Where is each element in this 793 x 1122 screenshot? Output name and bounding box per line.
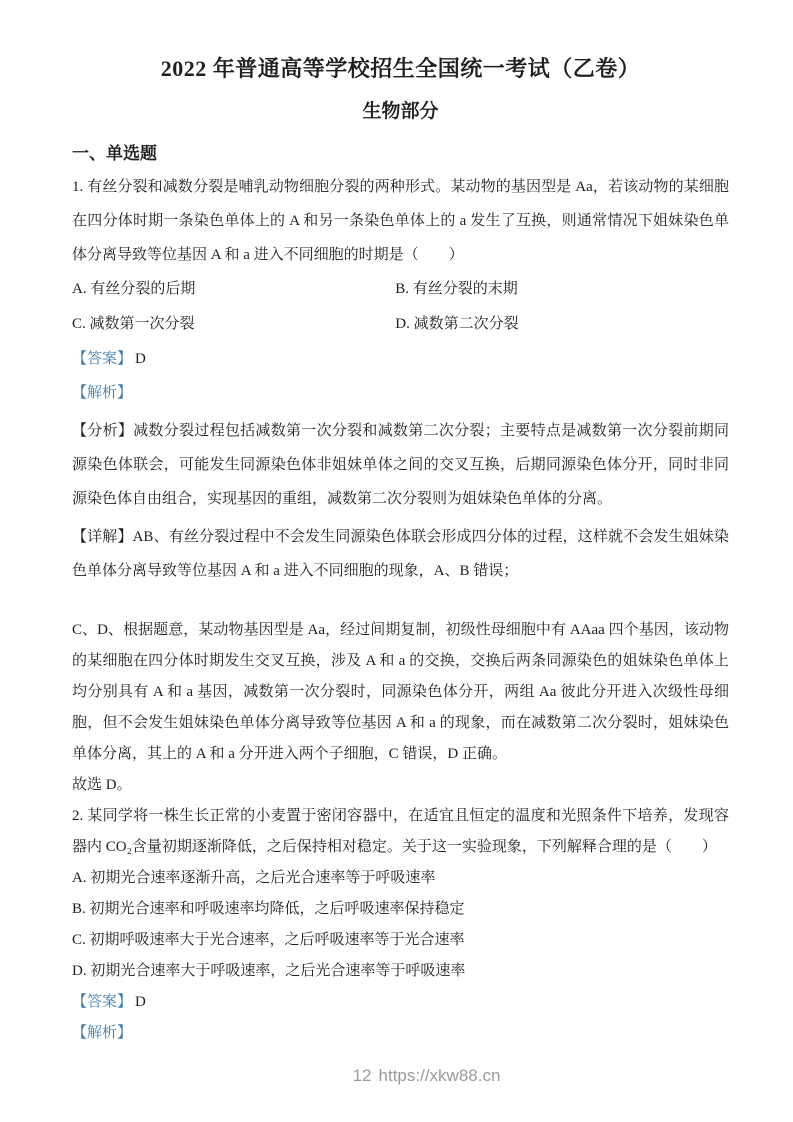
question-block-2: 2. 某同学将一株生长正常的小麦置于密闭容器中，在适宜且恒定的温度和光照条件下培… [72,801,729,1049]
answer-marker: 【答案】 [72,994,132,1010]
answer-value: D [135,994,146,1010]
page-footer: 12https://xkw88.cn [30,1066,793,1086]
option-d: D. 减数第二次分裂 [395,307,729,342]
option-d: D. 初期光合速率大于呼吸速率，之后光合速率等于呼吸速率 [72,956,729,987]
question-2-options: A. 初期光合速率逐渐升高，之后光合速率等于呼吸速率 B. 初期光合速率和呼吸速… [72,863,729,987]
footer-site-url: https://xkw88.cn [379,1066,501,1086]
option-b: B. 有丝分裂的末期 [395,272,729,307]
page-subtitle: 生物部分 [72,98,729,126]
option-c: C. 减数第一次分裂 [72,307,395,342]
detail-paragraph-2: C、D、根据题意，某动物基因型是 Aa，经过间期复制，初级性母细胞中有 AAaa… [72,615,729,770]
analysis-marker: 【解析】 [72,385,132,401]
conclusion-line: 故选 D。 [72,770,729,801]
answer-value: D [135,351,146,367]
question-2-stem: 2. 某同学将一株生长正常的小麦置于密闭容器中，在适宜且恒定的温度和光照条件下培… [72,801,729,863]
answer-line: 【答案】D [72,987,729,1018]
question-1-options: A. 有丝分裂的后期 B. 有丝分裂的末期 C. 减数第一次分裂 D. 减数第二… [72,272,729,342]
document-page: 2022 年普通高等学校招生全国统一考试（乙卷） 生物部分 一、单选题 1. 有… [0,0,793,1122]
question-block-1: 1. 有丝分裂和减数分裂是哺乳动物细胞分裂的两种形式。某动物的基因型是 Aa，若… [72,170,729,801]
detail-paragraph-1: 【详解】AB、有丝分裂过程中不会发生同源染色体联会形成四分体的过程，这样就不会发… [72,520,729,588]
option-a: A. 初期光合速率逐渐升高，之后光合速率等于呼吸速率 [72,863,729,894]
analysis-paragraph: 【分析】减数分裂过程包括减数第一次分裂和减数第二次分裂；主要特点是减数第一次分裂… [72,414,729,516]
option-c: C. 初期呼吸速率大于光合速率，之后呼吸速率等于光合速率 [72,925,729,956]
option-b: B. 初期光合速率和呼吸速率均降低，之后呼吸速率保持稳定 [72,894,729,925]
analysis-marker: 【解析】 [72,1025,132,1041]
answer-marker: 【答案】 [72,351,132,367]
footer-page-number: 12 [353,1066,372,1086]
analysis-marker-line: 【解析】 [72,376,729,410]
analysis-marker-line: 【解析】 [72,1018,729,1049]
question-1-stem: 1. 有丝分裂和减数分裂是哺乳动物细胞分裂的两种形式。某动物的基因型是 Aa，若… [72,170,729,272]
section-heading: 一、单选题 [72,142,729,166]
answer-line: 【答案】D [72,342,729,376]
option-a: A. 有丝分裂的后期 [72,272,395,307]
page-title: 2022 年普通高等学校招生全国统一考试（乙卷） [72,54,729,84]
